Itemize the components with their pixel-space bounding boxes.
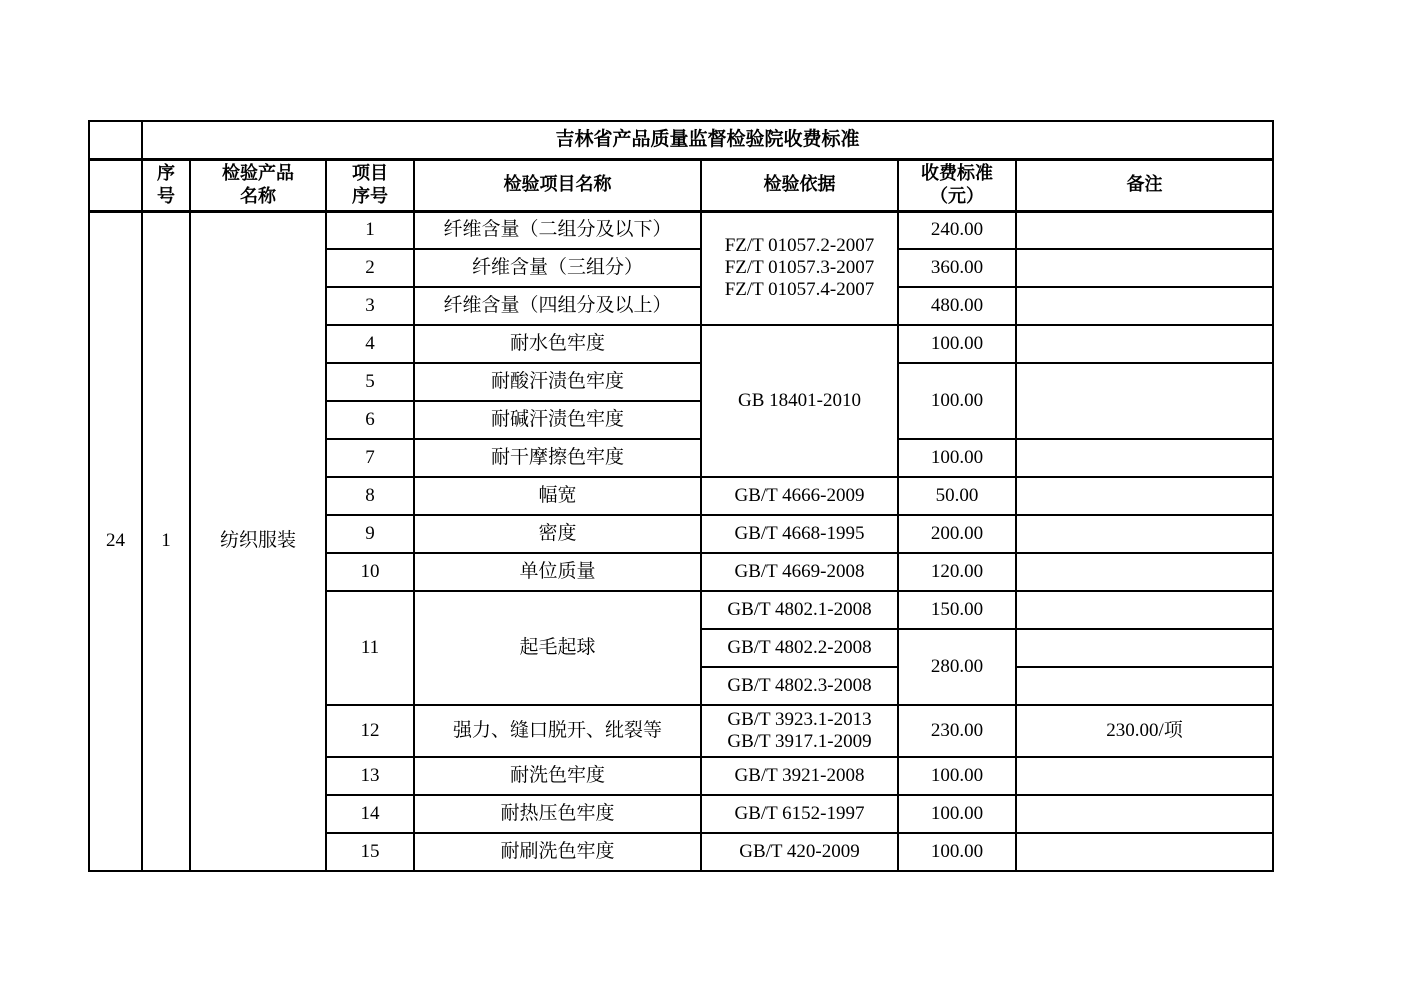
item-name-cell: 耐热压色牢度 [414, 795, 701, 833]
item-no-cell: 14 [326, 795, 414, 833]
header-basis: 检验依据 [701, 159, 898, 211]
fee-cell: 100.00 [898, 757, 1016, 795]
document-page: 吉林省产品质量监督检验院收费标准 序 号 检验产品 名称 项目 序号 检验项目名… [88, 120, 1274, 872]
page-title: 吉林省产品质量监督检验院收费标准 [142, 121, 1273, 159]
note-cell [1016, 795, 1273, 833]
basis-cell: GB/T 420-2009 [701, 833, 898, 871]
header-fee: 收费标准 （元） [898, 159, 1016, 211]
fee-cell: 120.00 [898, 553, 1016, 591]
basis-cell: GB/T 4802.2-2008 [701, 629, 898, 667]
note-cell [1016, 211, 1273, 249]
basis-cell: FZ/T 01057.2-2007 FZ/T 01057.3-2007 FZ/T… [701, 211, 898, 325]
basis-cell: GB/T 4802.1-2008 [701, 591, 898, 629]
item-no-cell: 15 [326, 833, 414, 871]
item-no-cell: 6 [326, 401, 414, 439]
fee-cell: 50.00 [898, 477, 1016, 515]
item-no-cell: 8 [326, 477, 414, 515]
fee-cell: 100.00 [898, 363, 1016, 439]
note-cell [1016, 553, 1273, 591]
header-row: 序 号 检验产品 名称 项目 序号 检验项目名称 检验依据 收费标准 （元） 备… [89, 159, 1273, 211]
fee-cell: 240.00 [898, 211, 1016, 249]
item-no-cell: 5 [326, 363, 414, 401]
header-product-name: 检验产品 名称 [190, 159, 326, 211]
item-no-cell: 1 [326, 211, 414, 249]
fee-cell: 150.00 [898, 591, 1016, 629]
item-name-cell: 起毛起球 [414, 591, 701, 705]
item-no-cell: 10 [326, 553, 414, 591]
note-cell [1016, 757, 1273, 795]
table-row: 24 1 纺织服装 1 纤维含量（二组分及以下） FZ/T 01057.2-20… [89, 211, 1273, 249]
basis-cell: GB/T 3923.1-2013 GB/T 3917.1-2009 [701, 705, 898, 757]
note-cell [1016, 667, 1273, 705]
note-cell [1016, 287, 1273, 325]
item-name-cell: 强力、缝口脱开、纰裂等 [414, 705, 701, 757]
item-no-cell: 13 [326, 757, 414, 795]
note-cell [1016, 439, 1273, 477]
fee-cell: 100.00 [898, 795, 1016, 833]
item-no-cell: 4 [326, 325, 414, 363]
item-name-cell: 耐碱汗渍色牢度 [414, 401, 701, 439]
note-cell [1016, 363, 1273, 439]
fee-cell: 100.00 [898, 325, 1016, 363]
group-no-cell: 24 [89, 211, 142, 871]
note-cell [1016, 325, 1273, 363]
item-name-cell: 密度 [414, 515, 701, 553]
header-corner-cell [89, 159, 142, 211]
fee-cell: 200.00 [898, 515, 1016, 553]
fee-cell: 360.00 [898, 249, 1016, 287]
header-seq: 序 号 [142, 159, 190, 211]
fee-cell: 100.00 [898, 439, 1016, 477]
item-name-cell: 幅宽 [414, 477, 701, 515]
fee-cell: 280.00 [898, 629, 1016, 705]
note-cell: 230.00/项 [1016, 705, 1273, 757]
item-name-cell: 耐酸汗渍色牢度 [414, 363, 701, 401]
item-name-cell: 耐水色牢度 [414, 325, 701, 363]
item-name-cell: 单位质量 [414, 553, 701, 591]
corner-cell [89, 121, 142, 159]
header-note: 备注 [1016, 159, 1273, 211]
fee-cell: 480.00 [898, 287, 1016, 325]
header-item-no: 项目 序号 [326, 159, 414, 211]
note-cell [1016, 833, 1273, 871]
note-cell [1016, 249, 1273, 287]
basis-cell: GB/T 6152-1997 [701, 795, 898, 833]
basis-cell: GB 18401-2010 [701, 325, 898, 477]
item-no-cell: 2 [326, 249, 414, 287]
basis-cell: GB/T 4666-2009 [701, 477, 898, 515]
item-name-cell: 耐干摩擦色牢度 [414, 439, 701, 477]
header-item-name: 检验项目名称 [414, 159, 701, 211]
fee-cell: 230.00 [898, 705, 1016, 757]
group-product-cell: 纺织服装 [190, 211, 326, 871]
note-cell [1016, 629, 1273, 667]
basis-cell: GB/T 3921-2008 [701, 757, 898, 795]
item-name-cell: 纤维含量（三组分） [414, 249, 701, 287]
item-name-cell: 纤维含量（四组分及以上） [414, 287, 701, 325]
item-no-cell: 9 [326, 515, 414, 553]
fee-standard-table: 吉林省产品质量监督检验院收费标准 序 号 检验产品 名称 项目 序号 检验项目名… [88, 120, 1274, 872]
note-cell [1016, 591, 1273, 629]
item-no-cell: 11 [326, 591, 414, 705]
item-name-cell: 纤维含量（二组分及以下） [414, 211, 701, 249]
basis-cell: GB/T 4802.3-2008 [701, 667, 898, 705]
item-no-cell: 12 [326, 705, 414, 757]
item-name-cell: 耐刷洗色牢度 [414, 833, 701, 871]
basis-cell: GB/T 4668-1995 [701, 515, 898, 553]
group-seq-cell: 1 [142, 211, 190, 871]
item-no-cell: 3 [326, 287, 414, 325]
note-cell [1016, 477, 1273, 515]
item-name-cell: 耐洗色牢度 [414, 757, 701, 795]
note-cell [1016, 515, 1273, 553]
fee-cell: 100.00 [898, 833, 1016, 871]
basis-cell: GB/T 4669-2008 [701, 553, 898, 591]
item-no-cell: 7 [326, 439, 414, 477]
title-row: 吉林省产品质量监督检验院收费标准 [89, 121, 1273, 159]
